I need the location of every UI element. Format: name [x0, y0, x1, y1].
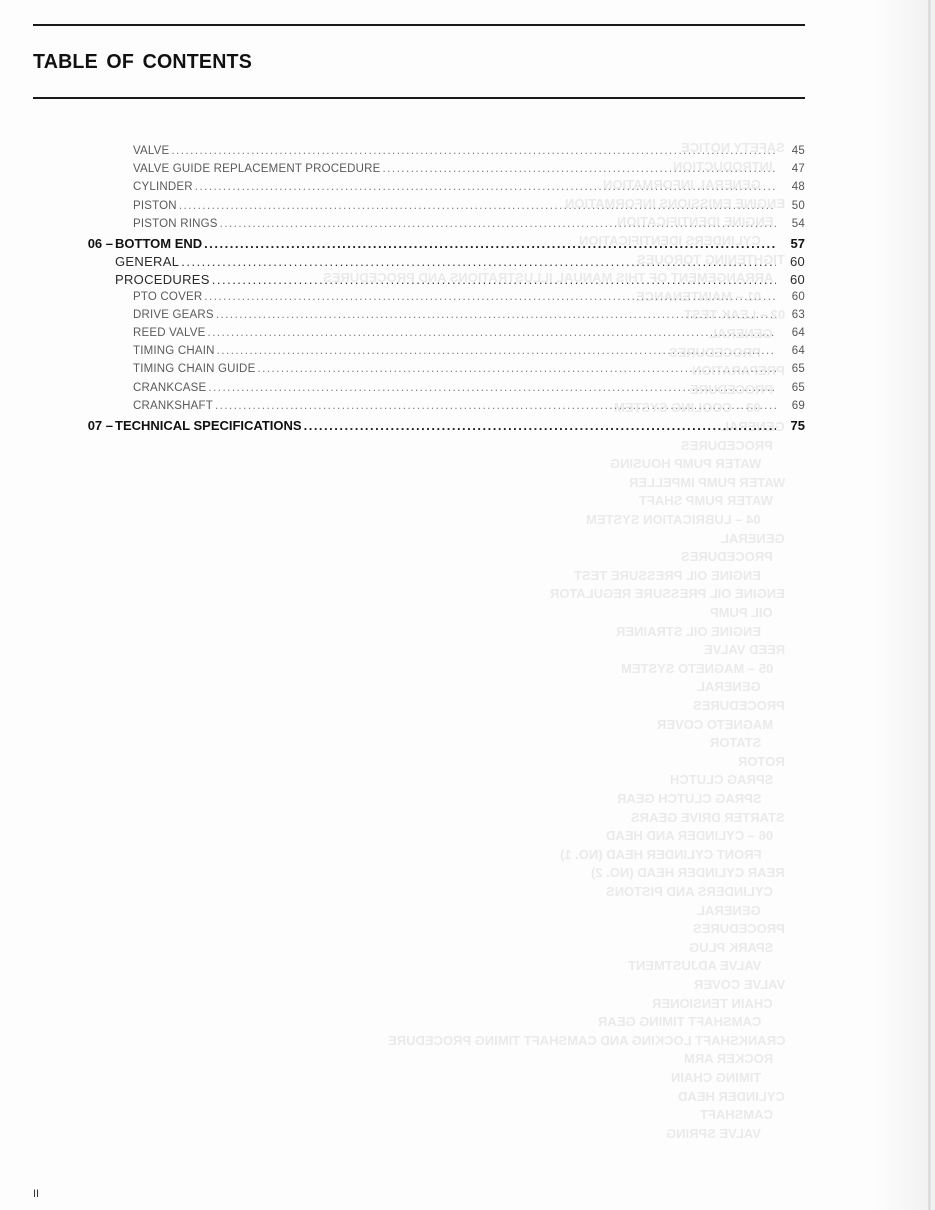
toc-entry-page: 64 — [779, 345, 805, 357]
toc-entry-label: PISTON — [133, 200, 177, 212]
toc-entry-label: BOTTOM END — [115, 236, 202, 251]
bleed-through-text: REAR CYLINDER HEAD (NO. 2) — [591, 865, 785, 880]
toc-entry[interactable]: PROCEDURES..............................… — [115, 272, 805, 290]
toc-entry[interactable]: DRIVE GEARS.............................… — [133, 309, 805, 327]
toc-entry-page: 54 — [779, 218, 805, 230]
page-edge — [928, 0, 931, 1210]
page-shade — [875, 0, 935, 1210]
toc-entry-label: TECHNICAL SPECIFICATIONS — [115, 418, 302, 433]
toc-entry-label: CRANKCASE — [133, 382, 206, 394]
bleed-through-text: ENGINE OIL PRESSURE REGULATOR — [550, 586, 785, 601]
bleed-through-text: WATER PUMP HOUSING — [610, 456, 761, 471]
bleed-through-text: MAGNETO COVER — [657, 717, 773, 732]
dot-leader: ........................................… — [257, 363, 776, 375]
dot-leader: ........................................… — [304, 418, 776, 433]
bleed-through-text: CAMSHAFT — [700, 1107, 773, 1122]
toc-entry-page: 69 — [779, 400, 805, 412]
dot-leader: ........................................… — [212, 272, 776, 287]
toc-entry[interactable]: CYLINDER................................… — [133, 181, 805, 199]
bleed-through-text: PROCEDURES — [693, 698, 785, 713]
toc-entry[interactable]: CRANKSHAFT..............................… — [133, 400, 805, 418]
toc-entry-label: CYLINDER — [133, 181, 193, 193]
bleed-through-text: 05 – MAGNETO SYSTEM — [621, 661, 773, 676]
toc-entry-page: 63 — [779, 309, 805, 321]
toc-entry-label: VALVE GUIDE REPLACEMENT PROCEDURE — [133, 163, 381, 175]
bleed-through-text: 04 – LUBRICATION SYSTEM — [586, 512, 761, 527]
toc-entry-label: PROCEDURES — [115, 272, 210, 287]
toc-entry-page: 75 — [779, 418, 805, 433]
toc-entry[interactable]: CRANKCASE...............................… — [133, 382, 805, 400]
toc-entry[interactable]: VALVE...................................… — [133, 145, 805, 163]
bleed-through-text: WATER PUMP SHAFT — [639, 493, 773, 508]
toc-entry-label: TIMING CHAIN GUIDE — [133, 363, 255, 375]
page-title: TABLE OF CONTENTS — [33, 51, 252, 74]
bleed-through-text: CHAIN TENSIONER — [652, 996, 773, 1011]
toc-entry[interactable]: 07 –TECHNICAL SPECIFICATIONS............… — [115, 418, 805, 436]
toc-entry-page: 64 — [779, 327, 805, 339]
bleed-through-text: ROCKER ARM — [684, 1051, 773, 1066]
dot-leader: ........................................… — [195, 181, 776, 193]
chapter-number: 07 – — [73, 418, 113, 433]
toc-entry-page: 48 — [779, 181, 805, 193]
bleed-through-text: WATER PUMP IMPELLER — [629, 475, 785, 490]
dot-leader: ........................................… — [208, 382, 776, 394]
toc-entry[interactable]: REED VALVE..............................… — [133, 327, 805, 345]
top-rule — [33, 24, 805, 26]
bleed-through-text: SPARK PLUG — [689, 940, 773, 955]
bleed-through-text: GENERAL — [697, 903, 761, 918]
dot-leader: ........................................… — [171, 145, 776, 157]
bleed-through-text: OIL PUMP — [710, 605, 773, 620]
dot-leader: ........................................… — [216, 309, 776, 321]
toc-entry-label: CRANKSHAFT — [133, 400, 213, 412]
toc-entry-page: 60 — [779, 254, 805, 269]
toc-entry-page: 60 — [779, 272, 805, 287]
toc-entry-page: 45 — [779, 145, 805, 157]
bleed-through-text: GENERAL — [697, 679, 761, 694]
toc-entry[interactable]: TIMING CHAIN............................… — [133, 345, 805, 363]
toc-entry-page: 65 — [779, 363, 805, 375]
bleed-through-text: CYLINDER HEAD — [678, 1089, 785, 1104]
bleed-through-text: ENGINE OIL PRESSURE TEST — [574, 568, 761, 583]
bleed-through-text: CRANKSHAFT LOCKING AND CAMSHAFT TIMING P… — [388, 1033, 785, 1048]
bleed-through-text: 06 – CYLINDER AND HEAD — [606, 828, 773, 843]
toc-entry[interactable]: 06 –BOTTOM END..........................… — [115, 236, 805, 254]
bleed-through-text: GENERAL — [721, 531, 785, 546]
bleed-through-text: FRONT CYLINDER HEAD (NO. 1) — [560, 847, 762, 862]
bleed-through-text: SPRAG CLUTCH — [670, 772, 773, 787]
toc-entry[interactable]: TIMING CHAIN GUIDE......................… — [133, 363, 805, 381]
dot-leader: ........................................… — [217, 345, 776, 357]
bleed-through-text: CYLINDERS AND PISTONS — [606, 884, 773, 899]
toc-entry[interactable]: PTO COVER...............................… — [133, 291, 805, 309]
bleed-through-text: STARTER DRIVE GEARS — [631, 810, 785, 825]
toc-entry[interactable]: PISTON..................................… — [133, 200, 805, 218]
title-bottom-rule — [33, 97, 805, 99]
bleed-through-text: VALVE ADJUSTMENT — [628, 958, 761, 973]
dot-leader: ........................................… — [215, 400, 776, 412]
toc-entry-page: 60 — [779, 291, 805, 303]
bleed-through-text: REED VALVE — [704, 642, 785, 657]
toc-entry-page: 50 — [779, 200, 805, 212]
dot-leader: ........................................… — [208, 327, 776, 339]
toc-entry[interactable]: GENERAL.................................… — [115, 254, 805, 272]
dot-leader: ........................................… — [383, 163, 776, 175]
page-number: II — [33, 1188, 39, 1200]
toc-entry-label: PTO COVER — [133, 291, 202, 303]
toc-entry-page: 65 — [779, 382, 805, 394]
bleed-through-text: SPRAG CLUTCH GEAR — [617, 791, 761, 806]
bleed-through-text: TIMING CHAIN — [671, 1070, 761, 1085]
dot-leader: ........................................… — [204, 291, 776, 303]
bleed-through-text: STATOR — [710, 735, 761, 750]
bleed-through-text: ROTOR — [738, 754, 785, 769]
toc-entry-label: GENERAL — [115, 254, 179, 269]
bleed-through-text: VALVE COVER — [694, 977, 785, 992]
toc-entry-label: VALVE — [133, 145, 169, 157]
dot-leader: ........................................… — [181, 254, 776, 269]
toc-entry[interactable]: PISTON RINGS............................… — [133, 218, 805, 236]
toc-entry-page: 57 — [779, 236, 805, 251]
toc-entry-page: 47 — [779, 163, 805, 175]
dot-leader: ........................................… — [204, 236, 776, 251]
dot-leader: ........................................… — [220, 218, 776, 230]
bleed-through-text: ENGINE OIL STRAINER — [616, 624, 761, 639]
toc-entry-label: PISTON RINGS — [133, 218, 218, 230]
toc-entry[interactable]: VALVE GUIDE REPLACEMENT PROCEDURE.......… — [133, 163, 805, 181]
chapter-number: 06 – — [73, 236, 113, 251]
toc-entry-label: DRIVE GEARS — [133, 309, 214, 321]
toc-entry-label: TIMING CHAIN — [133, 345, 215, 357]
bleed-through-text: CAMSHAFT TIMING GEAR — [598, 1014, 761, 1029]
bleed-through-text: PROCEDURES — [681, 438, 773, 453]
bleed-through-text: PROCEDURES — [681, 549, 773, 564]
bleed-through-text: VALVE SPRING — [666, 1126, 761, 1141]
dot-leader: ........................................… — [179, 200, 776, 212]
toc-entry-label: REED VALVE — [133, 327, 206, 339]
bleed-through-text: PROCEDURES — [693, 921, 785, 936]
